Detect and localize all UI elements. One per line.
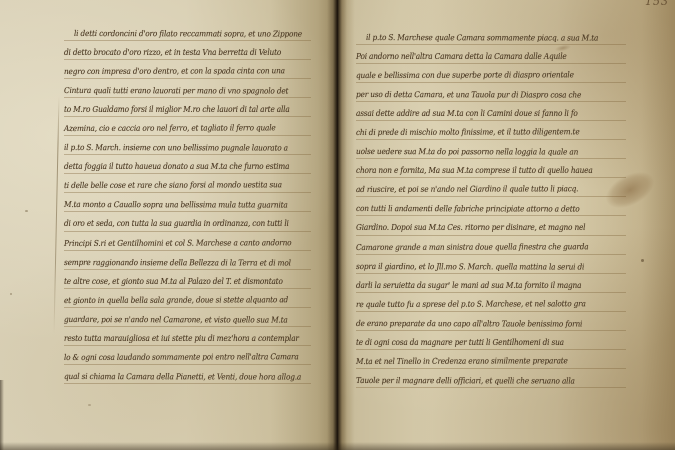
manuscript-line-text: M.ta et nel Tinello in Credenza erano si…	[356, 352, 568, 370]
manuscript-line: re quale tutto fu a sprese del p.to S. M…	[356, 293, 626, 312]
manuscript-line-text: uolse uedere sua M.ta do poi passorno ne…	[356, 143, 578, 161]
left-page-text-block: li detti cordoncini d'oro filato reccamm…	[64, 22, 311, 384]
manuscript-line-text: detta foggia il tutto haueua donato a su…	[64, 158, 289, 176]
manuscript-line-text: Giardino. Dopoi sua M.ta Ces. ritorno pe…	[356, 219, 585, 237]
manuscript-line-text: lo & ogni cosa laudando sommamente poi e…	[64, 348, 299, 366]
manuscript-line-text: guardare, poi se n'ando nel Camarone, et…	[64, 311, 288, 329]
manuscript-line-text: Camarone grande a man sinistra doue quel…	[356, 238, 589, 256]
manuscript-line: uolse uedere sua M.ta do poi passorno ne…	[356, 140, 626, 159]
manuscript-line-text: con tutti li andamenti delle fabriche pr…	[356, 200, 580, 218]
manuscript-line-text: de erano preparate da uno capo all'altro…	[356, 315, 582, 333]
manuscript-line: il p.to S. March. insieme con uno bellis…	[64, 136, 311, 155]
book-gutter	[327, 0, 347, 450]
manuscript-line-text: chora non e fornita, Ma sua M.ta compres…	[356, 162, 593, 180]
manuscript-line-text: et gionto in quella bella sala grande, d…	[64, 291, 288, 309]
manuscript-line: sopra il giardino, et lo Jll.mo S. March…	[356, 255, 626, 274]
manuscript-line: Camarone grande a man sinistra doue quel…	[356, 236, 626, 255]
manuscript-line: ad riuscire, et poi se n'ando nel Giardi…	[356, 178, 626, 197]
manuscript-line: Tauole per il magnare delli officiari, e…	[356, 369, 626, 388]
paper-speck	[641, 259, 644, 262]
manuscript-line-text: te di ogni cosa da magnare per tutti li …	[356, 334, 564, 352]
manuscript-line-text: ad riuscire, et poi se n'ando nel Giardi…	[356, 181, 578, 199]
manuscript-line: et gionto in quella bella sala grande, d…	[64, 289, 311, 308]
manuscript-line: il p.to S. Marchese quale Camara sommame…	[356, 26, 626, 45]
manuscript-line-text: di oro et seda, con tutta la sua guardia…	[64, 215, 289, 233]
manuscript-line-text: Azemina, cio e caccia oro nel ferro, et …	[64, 120, 276, 138]
manuscript-line: chi di prede di mischio molto finissime,…	[356, 121, 626, 140]
manuscript-line: sempre raggionando insieme della Bellezz…	[64, 251, 311, 270]
manuscript-line: con tutti li andamenti delle fabriche pr…	[356, 197, 626, 216]
manuscript-line: chora non e fornita, Ma sua M.ta compres…	[356, 159, 626, 178]
manuscript-line-text: assai dette addire ad sua M.ta con li Ca…	[356, 105, 578, 123]
manuscript-line-text: ti delle belle cose et rare che siano fo…	[64, 177, 282, 195]
manuscript-line: ti delle belle cose et rare che siano fo…	[64, 174, 311, 193]
manuscript-line: guardare, poi se n'ando nel Camarone, et…	[64, 308, 311, 327]
manuscript-line: resto tutta marauigliosa et iui stette p…	[64, 327, 311, 346]
manuscript-line: Giardino. Dopoi sua M.ta Ces. ritorno pe…	[356, 216, 626, 235]
book-left-edge	[0, 380, 4, 450]
paper-speck	[10, 293, 12, 295]
manuscript-line: Poi andorno nell'altra Camara detta la C…	[356, 45, 626, 64]
manuscript-line-text: to M.ro Gualdamo forsi il miglior M.ro c…	[64, 101, 290, 119]
manuscript-line-text: sopra il giardino, et lo Jll.mo S. March…	[356, 258, 584, 276]
manuscript-line: assai dette addire ad sua M.ta con li Ca…	[356, 102, 626, 121]
manuscript-line-text: sempre raggionando insieme della Bellezz…	[64, 254, 291, 272]
manuscript-line: Principi S.ri et Gentilhomini et col S. …	[64, 232, 311, 251]
manuscript-line-text: per uso di detta Camara, et una Tauola p…	[356, 86, 581, 104]
manuscript-line: te di ogni cosa da magnare per tutti li …	[356, 331, 626, 350]
manuscript-line-text: Principi S.ri et Gentilhomini et col S. …	[64, 234, 291, 252]
manuscript-line: lo & ogni cosa laudando sommamente poi e…	[64, 346, 311, 365]
manuscript-line-text: il p.to S. March. insieme con uno bellis…	[64, 139, 288, 157]
manuscript-line: per uso di detta Camara, et una Tauola p…	[356, 83, 626, 102]
manuscript-line: detta foggia il tutto haueua donato a su…	[64, 155, 311, 174]
manuscript-line: M.ta et nel Tinello in Credenza erano si…	[356, 350, 626, 369]
manuscript-line-text: Tauole per il magnare delli officiari, e…	[356, 372, 575, 390]
manuscript-line-text: Cintura quali tutti erano lauorati per m…	[64, 82, 288, 100]
manuscript-line-text: re quale tutto fu a sprese del p.to S. M…	[356, 295, 586, 313]
manuscript-line: li detti cordoncini d'oro filato reccamm…	[64, 22, 311, 41]
manuscript-line-text: negro con impresa d'oro dentro, et con l…	[64, 62, 285, 80]
manuscript-line-text: M.ta monto a Cauallo sopra una bellissim…	[64, 196, 288, 214]
manuscript-line-text: te altre cose, et gionto sua M.ta al Pal…	[64, 273, 283, 291]
manuscript-line: M.ta monto a Cauallo sopra una bellissim…	[64, 193, 311, 212]
manuscript-line-text: darli la seruietta da sugar' le mani ad …	[356, 277, 581, 295]
manuscript-line-text: qual si chiama la Camara della Pianetti,…	[64, 368, 301, 386]
paper-speck	[470, 118, 473, 120]
manuscript-line: to M.ro Gualdamo forsi il miglior M.ro c…	[64, 98, 311, 117]
manuscript-line: quale e bellissima con due superbe porte…	[356, 64, 626, 83]
paper-speck	[88, 404, 91, 406]
manuscript-line-text: resto tutta marauigliosa et iui stette p…	[64, 330, 299, 348]
manuscript-line-text: quale e bellissima con due superbe porte…	[356, 66, 574, 84]
right-page-text-block: il p.to S. Marchese quale Camara sommame…	[356, 26, 626, 388]
book-bottom-edge	[0, 442, 675, 450]
manuscript-line-text: li detti cordoncini d'oro filato reccamm…	[74, 25, 302, 43]
manuscript-line: Azemina, cio e caccia oro nel ferro, et …	[64, 117, 311, 136]
manuscript-line-text: chi di prede di mischio molto finissime,…	[356, 123, 580, 141]
manuscript-photo: li detti cordoncini d'oro filato reccamm…	[0, 0, 675, 450]
manuscript-line: de erano preparate da uno capo all'altro…	[356, 312, 626, 331]
manuscript-line: Cintura quali tutti erano lauorati per m…	[64, 79, 311, 98]
manuscript-line: negro con impresa d'oro dentro, et con l…	[64, 60, 311, 79]
manuscript-line-text: di detto brocato d'oro rizzo, et in test…	[64, 44, 281, 62]
folio-number: 153	[645, 0, 669, 8]
manuscript-line: qual si chiama la Camara della Pianetti,…	[64, 365, 311, 384]
manuscript-line: di oro et seda, con tutta la sua guardia…	[64, 212, 311, 231]
manuscript-line: darli la seruietta da sugar' le mani ad …	[356, 274, 626, 293]
paper-speck	[25, 210, 28, 212]
manuscript-line: di detto brocato d'oro rizzo, et in test…	[64, 41, 311, 60]
manuscript-line-text: Poi andorno nell'altra Camara detta la C…	[356, 48, 567, 66]
manuscript-line: te altre cose, et gionto sua M.ta al Pal…	[64, 270, 311, 289]
